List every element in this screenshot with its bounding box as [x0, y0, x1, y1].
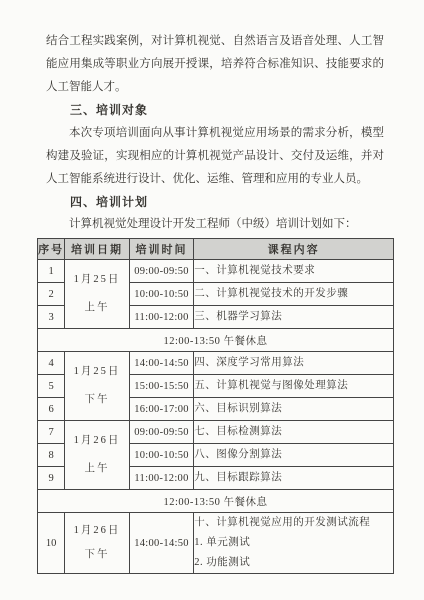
session-number-cell: 9	[38, 467, 65, 490]
date-line: 上午	[65, 294, 129, 322]
session-row: 101月26日下午14:00-14:50十、计算机视觉应用的开发测试流程1. 单…	[38, 513, 394, 574]
session-date-cell: 1月25日下午	[65, 352, 130, 421]
course-content-line: 八、图像分割算法	[194, 445, 393, 465]
course-content-cell: 四、深度学习常用算法	[194, 352, 394, 375]
header-cell-2: 培训时间	[129, 239, 194, 260]
course-content-cell: 二、计算机视觉技术的开发步骤	[194, 283, 394, 306]
session-time-cell: 15:00-15:50	[129, 375, 194, 398]
session-time-cell: 09:00-09:50	[129, 260, 194, 283]
session-row: 71月26日上午09:00-09:50七、目标检测算法	[38, 421, 394, 444]
course-content-line: 四、深度学习常用算法	[194, 353, 393, 373]
table-header-row: 序号培训日期培训时间课程内容	[38, 239, 394, 260]
lunch-break-cell: 12:00-13:50 午餐休息	[38, 329, 394, 352]
header-cell-0: 序号	[38, 239, 65, 260]
lunch-break-cell: 12:00-13:50 午餐休息	[38, 490, 394, 513]
lunch-break-row: 12:00-13:50 午餐休息	[38, 329, 394, 352]
course-content-cell: 十、计算机视觉应用的开发测试流程1. 单元测试2. 功能测试	[194, 513, 394, 574]
lunch-break-row: 12:00-13:50 午餐休息	[38, 490, 394, 513]
course-content-line: 三、机器学习算法	[194, 307, 393, 327]
course-content-line: 五、计算机视觉与图像处理算法	[194, 376, 393, 396]
section3-heading: 三、培训对象	[46, 99, 384, 122]
header-cell-1: 培训日期	[65, 239, 130, 260]
session-number-cell: 10	[38, 513, 65, 574]
session-row: 41月25日下午14:00-14:50四、深度学习常用算法	[38, 352, 394, 375]
course-content-cell: 五、计算机视觉与图像处理算法	[194, 375, 394, 398]
session-time-cell: 10:00-10:50	[129, 444, 194, 467]
table-header: 序号培训日期培训时间课程内容	[38, 239, 394, 260]
date-line: 1月26日	[65, 519, 129, 543]
session-number-cell: 5	[38, 375, 65, 398]
course-content-line: 七、目标检测算法	[194, 422, 393, 442]
date-line: 下午	[65, 543, 129, 567]
course-content-cell: 八、图像分割算法	[194, 444, 394, 467]
course-content-line: 1. 单元测试	[194, 533, 393, 553]
section4-heading: 四、培训计划	[46, 191, 384, 214]
session-number-cell: 4	[38, 352, 65, 375]
training-plan-table: 序号培训日期培训时间课程内容 11月25日上午09:00-09:50一、计算机视…	[37, 238, 394, 574]
session-time-cell: 09:00-09:50	[129, 421, 194, 444]
table-body: 11月25日上午09:00-09:50一、计算机视觉技术要求210:00-10:…	[38, 260, 394, 574]
session-number-cell: 1	[38, 260, 65, 283]
session-date-cell: 1月25日上午	[65, 260, 130, 329]
session-number-cell: 3	[38, 306, 65, 329]
course-content-line: 2. 功能测试	[194, 553, 393, 573]
session-time-cell: 10:00-10:50	[129, 283, 194, 306]
document-page: 结合工程实践案例，对计算机视觉、自然语言及语音处理、人工智能应用集成等职业方向展…	[0, 0, 424, 600]
session-time-cell: 11:00-12:00	[129, 467, 194, 490]
session-row: 11月25日上午09:00-09:50一、计算机视觉技术要求	[38, 260, 394, 283]
session-number-cell: 8	[38, 444, 65, 467]
date-line: 1月26日	[65, 427, 129, 455]
section3-paragraph: 本次专项培训面向从事计算机视觉应用场景的需求分析，模型构建及验证，实现相应的计算…	[46, 122, 384, 191]
course-content-cell: 三、机器学习算法	[194, 306, 394, 329]
session-number-cell: 2	[38, 283, 65, 306]
session-number-cell: 7	[38, 421, 65, 444]
intro-paragraph: 结合工程实践案例，对计算机视觉、自然语言及语音处理、人工智能应用集成等职业方向展…	[46, 30, 384, 99]
date-line: 1月25日	[65, 266, 129, 294]
session-time-cell: 11:00-12:00	[129, 306, 194, 329]
session-number-cell: 6	[38, 398, 65, 421]
date-line: 上午	[65, 455, 129, 483]
document-body: 结合工程实践案例，对计算机视觉、自然语言及语音处理、人工智能应用集成等职业方向展…	[46, 30, 384, 234]
date-line: 1月25日	[65, 358, 129, 386]
course-content-cell: 六、目标识别算法	[194, 398, 394, 421]
header-cell-3: 课程内容	[194, 239, 394, 260]
date-line: 下午	[65, 386, 129, 414]
course-content-line: 六、目标识别算法	[194, 399, 393, 419]
course-content-line: 十、计算机视觉应用的开发测试流程	[194, 513, 393, 533]
course-content-cell: 七、目标检测算法	[194, 421, 394, 444]
session-time-cell: 14:00-14:50	[129, 352, 194, 375]
session-time-cell: 14:00-14:50	[129, 513, 194, 574]
table-lead-in: 计算机视觉处理设计开发工程师（中级）培训计划如下：	[46, 214, 384, 234]
course-content-line: 二、计算机视觉技术的开发步骤	[194, 284, 393, 304]
session-date-cell: 1月26日下午	[65, 513, 130, 574]
course-content-line: 一、计算机视觉技术要求	[194, 261, 393, 281]
course-content-cell: 九、目标跟踪算法	[194, 467, 394, 490]
course-content-line: 九、目标跟踪算法	[194, 468, 393, 488]
course-content-cell: 一、计算机视觉技术要求	[194, 260, 394, 283]
session-time-cell: 16:00-17:00	[129, 398, 194, 421]
session-date-cell: 1月26日上午	[65, 421, 130, 490]
